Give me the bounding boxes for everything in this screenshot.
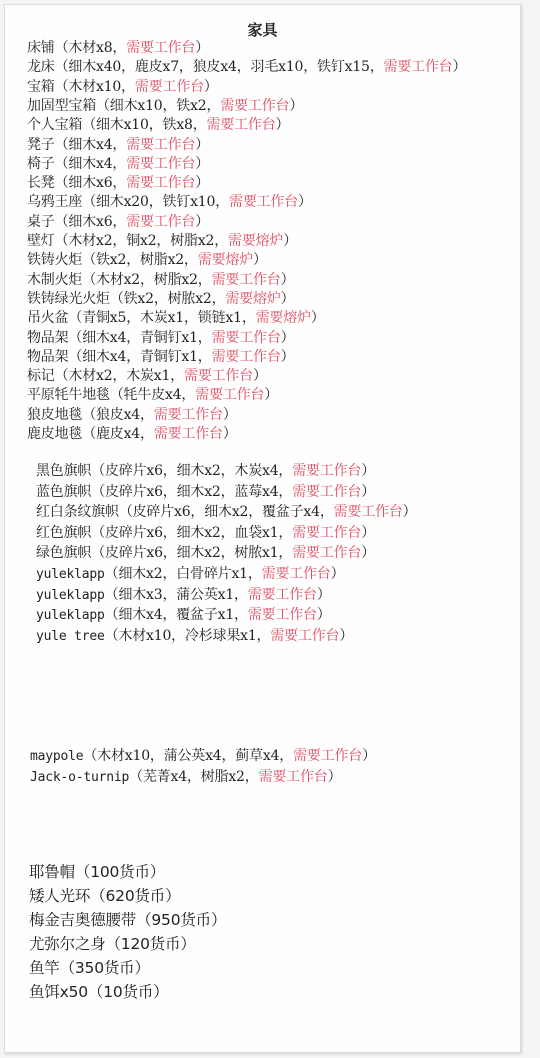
requirement-label: 需要工作台 [126,214,195,230]
close-paren: ） [281,272,295,288]
item-materials: （细木x6， [55,175,127,191]
item-name: 长凳 [27,175,55,191]
recipe-item: Jack-o-turnip（芜菁x4，树脂x2，需要工作台） [30,767,341,788]
item-materials: （狼皮x4， [82,407,154,423]
item-name: 鹿皮地毯 [27,426,82,442]
requirement-label: 需要工作台 [212,330,281,346]
shop-item: 鱼竿（350货币） [29,957,150,979]
item-name: 桌子 [27,214,55,230]
item-materials: （木材x10，冷杉球果x1， [105,628,271,644]
item-materials: （青铜x5，木炭x1，锁链x1， [68,310,255,326]
close-paren: ） [311,310,325,326]
item-name: yuleklapp [36,567,105,582]
recipe-item: 木制火炬（木材x2，树脂x2，需要工作台） [27,270,294,290]
shop-item: 矮人光环（620货币） [29,885,180,907]
item-materials: （细木x4， [55,137,127,153]
close-paren: ） [204,79,218,95]
document-page: 家具 床铺（木材x8，需要工作台）龙床（细木x40，鹿皮x7，狼皮x4，羽毛x1… [4,4,521,1053]
requirement-label: 需要熔炉 [225,291,280,307]
requirement-label: 需要工作台 [126,175,195,191]
recipe-item: 床铺（木材x8，需要工作台） [27,38,209,58]
page-title: 家具 [5,19,520,40]
close-paren: ） [281,291,295,307]
requirement-label: 需要工作台 [384,59,453,75]
item-materials: （皮碎片x6，细木x2，蓝莓x4， [91,484,292,500]
item-materials: （皮碎片x6，细木x2，树脓x1， [91,545,292,561]
requirement-label: 需要熔炉 [198,252,253,268]
item-materials: （细木x4， [55,156,127,172]
close-paren: ） [289,98,303,114]
item-name: 物品架 [27,330,68,346]
item-materials: （芜菁x4，树脂x2， [129,769,258,785]
requirement-label: 需要工作台 [126,156,195,172]
recipe-item: 桌子（细木x6，需要工作台） [27,212,209,232]
close-paren: ） [361,525,375,541]
item-materials: （木材x10，蒲公英x4，蓟草x4， [83,748,293,764]
close-paren: ） [362,748,376,764]
requirement-label: 需要工作台 [195,387,264,403]
close-paren: ） [195,214,209,230]
requirement-label: 需要工作台 [248,587,317,603]
close-paren: ） [453,59,467,75]
item-materials: （木材x2，铜x2，树脂x2， [55,233,228,249]
item-name: 标记 [27,368,55,384]
item-name: 物品架 [27,349,68,365]
item-name: 红色旗帜 [36,525,91,541]
item-materials: （细木x4，覆盆子x1， [105,607,248,623]
close-paren: ） [403,504,417,520]
recipe-item: 龙床（细木x40，鹿皮x7，狼皮x4，羽毛x10，铁钉x15，需要工作台） [27,57,466,77]
item-name: yuleklapp [36,608,105,623]
close-paren: ） [328,769,342,785]
item-name: 铁铸火炬 [27,252,82,268]
close-paren: ） [264,387,278,403]
close-paren: ） [361,463,375,479]
item-materials: （细木x4，青铜钉x1， [68,349,211,365]
close-paren: ） [331,566,345,582]
recipe-item: 宝箱（木材x10，需要工作台） [27,77,218,97]
requirement-label: 需要工作台 [292,484,361,500]
recipe-item: 吊火盆（青铜x5，木炭x1，锁链x1，需要熔炉） [27,308,325,328]
recipe-item: 绿色旗帜（皮碎片x6，细木x2，树脓x1，需要工作台） [36,543,375,563]
requirement-label: 需要工作台 [220,98,289,114]
item-name: Jack-o-turnip [30,770,129,785]
close-paren: ） [298,194,312,210]
close-paren: ） [361,484,375,500]
requirement-label: 需要熔炉 [256,310,311,326]
recipe-item: 蓝色旗帜（皮碎片x6，细木x2，蓝莓x4，需要工作台） [36,482,375,502]
close-paren: ） [276,117,290,133]
recipe-item: yule tree（木材x10，冷杉球果x1，需要工作台） [36,626,353,647]
item-name: 铁铸绿光火炬 [27,291,110,307]
shop-item: 耶鲁帽（100货币） [29,861,165,883]
item-materials: （细木x2，白骨碎片x1， [105,566,262,582]
requirement-label: 需要工作台 [135,79,204,95]
item-name: 龙床 [27,59,55,75]
recipe-item: 长凳（细木x6，需要工作台） [27,173,209,193]
item-materials: （木材x2，树脂x2， [82,272,211,288]
item-materials: （木材x8， [55,40,127,56]
requirement-label: 需要工作台 [270,628,339,644]
item-name: 绿色旗帜 [36,545,91,561]
requirement-label: 需要工作台 [259,769,328,785]
item-materials: （细木x3，蒲公英x1， [105,587,248,603]
item-materials: （细木x10，铁x2， [96,98,220,114]
item-name: 吊火盆 [27,310,68,326]
requirement-label: 需要工作台 [154,426,223,442]
recipe-item: yuleklapp（细木x3，蒲公英x1，需要工作台） [36,585,331,606]
recipe-item: maypole（木材x10，蒲公英x4，蓟草x4，需要工作台） [30,746,376,767]
close-paren: ） [361,545,375,561]
item-materials: （细木x10，铁x8， [82,117,206,133]
item-name: 平原牦牛地毯 [27,387,110,403]
close-paren: ） [317,587,331,603]
recipe-item: 个人宝箱（细木x10，铁x8，需要工作台） [27,115,289,135]
requirement-label: 需要工作台 [184,368,253,384]
requirement-label: 需要工作台 [212,272,281,288]
shop-item: 梅金吉奥德腰带（950货币） [29,909,226,931]
close-paren: ） [195,40,209,56]
recipe-item: 黑色旗帜（皮碎片x6，细木x2，木炭x4，需要工作台） [36,461,375,481]
shop-item: 尤弥尔之身（120货币） [29,933,196,955]
item-name: yuleklapp [36,588,105,603]
recipe-item: 壁灯（木材x2，铜x2，树脂x2，需要熔炉） [27,231,297,251]
item-materials: （细木x20，铁钉x10， [82,194,229,210]
recipe-item: 狼皮地毯（狼皮x4，需要工作台） [27,405,237,425]
recipe-item: yuleklapp（细木x2，白骨碎片x1，需要工作台） [36,564,344,585]
recipe-item: 标记（木材x2，木炭x1，需要工作台） [27,366,267,386]
close-paren: ） [339,628,353,644]
item-materials: （细木x4，青铜钉x1， [68,330,211,346]
recipe-item: 平原牦牛地毯（牦牛皮x4，需要工作台） [27,385,278,405]
item-materials: （木材x10， [55,79,135,95]
recipe-item: 加固型宝箱（细木x10，铁x2，需要工作台） [27,96,303,116]
item-materials: （皮碎片x6，细木x2，木炭x4， [91,463,292,479]
close-paren: ） [283,233,297,249]
requirement-label: 需要工作台 [126,40,195,56]
item-materials: （细木x40，鹿皮x7，狼皮x4，羽毛x10，铁钉x15， [55,59,384,75]
requirement-label: 需要工作台 [207,117,276,133]
item-name: maypole [30,749,83,764]
recipe-item: 凳子（细木x4，需要工作台） [27,135,209,155]
recipe-item: yuleklapp（细木x4，覆盆子x1，需要工作台） [36,605,331,626]
item-materials: （铁x2，树脓x2， [110,291,226,307]
item-name: 椅子 [27,156,55,172]
item-name: 宝箱 [27,79,55,95]
requirement-label: 需要工作台 [154,407,223,423]
item-materials: （鹿皮x4， [82,426,154,442]
recipe-item: 鹿皮地毯（鹿皮x4，需要工作台） [27,424,237,444]
requirement-label: 需要工作台 [292,463,361,479]
requirement-label: 需要工作台 [292,545,361,561]
close-paren: ） [223,426,237,442]
close-paren: ） [195,156,209,172]
close-paren: ） [223,407,237,423]
requirement-label: 需要工作台 [262,566,331,582]
item-materials: （皮碎片x6，细木x2，血袋x1， [91,525,292,541]
requirement-label: 需要熔炉 [228,233,283,249]
recipe-item: 红色旗帜（皮碎片x6，细木x2，血袋x1，需要工作台） [36,523,375,543]
requirement-label: 需要工作台 [334,504,403,520]
item-name: 凳子 [27,137,55,153]
recipe-item: 物品架（细木x4，青铜钉x1，需要工作台） [27,347,294,367]
recipe-item: 椅子（细木x4，需要工作台） [27,154,209,174]
item-name: 加固型宝箱 [27,98,96,114]
item-materials: （木材x2，木炭x1， [55,368,184,384]
item-name: 红白条纹旗帜 [36,504,119,520]
close-paren: ） [253,252,267,268]
shop-item: 鱼饵x50（10货币） [29,981,168,1003]
requirement-label: 需要工作台 [229,194,298,210]
recipe-item: 乌鸦王座（细木x20，铁钉x10，需要工作台） [27,192,312,212]
close-paren: ） [281,330,295,346]
close-paren: ） [281,349,295,365]
close-paren: ） [317,607,331,623]
item-name: 黑色旗帜 [36,463,91,479]
item-name: 床铺 [27,40,55,56]
requirement-label: 需要工作台 [212,349,281,365]
item-name: 乌鸦王座 [27,194,82,210]
recipe-item: 铁铸绿光火炬（铁x2，树脓x2，需要熔炉） [27,289,294,309]
requirement-label: 需要工作台 [248,607,317,623]
recipe-item: 铁铸火炬（铁x2，树脂x2，需要熔炉） [27,250,267,270]
item-name: 蓝色旗帜 [36,484,91,500]
requirement-label: 需要工作台 [292,525,361,541]
close-paren: ） [253,368,267,384]
requirement-label: 需要工作台 [126,137,195,153]
requirement-label: 需要工作台 [293,748,362,764]
recipe-item: 物品架（细木x4，青铜钉x1，需要工作台） [27,328,294,348]
item-name: 木制火炬 [27,272,82,288]
item-materials: （牦牛皮x4， [110,387,195,403]
close-paren: ） [195,137,209,153]
close-paren: ） [195,175,209,191]
item-name: 狼皮地毯 [27,407,82,423]
item-materials: （皮碎片x6，细木x2，覆盆子x4， [119,504,334,520]
item-name: yule tree [36,629,105,644]
item-materials: （铁x2，树脂x2， [82,252,198,268]
item-materials: （细木x6， [55,214,127,230]
item-name: 个人宝箱 [27,117,82,133]
recipe-item: 红白条纹旗帜（皮碎片x6，细木x2，覆盆子x4，需要工作台） [36,502,416,522]
item-name: 壁灯 [27,233,55,249]
